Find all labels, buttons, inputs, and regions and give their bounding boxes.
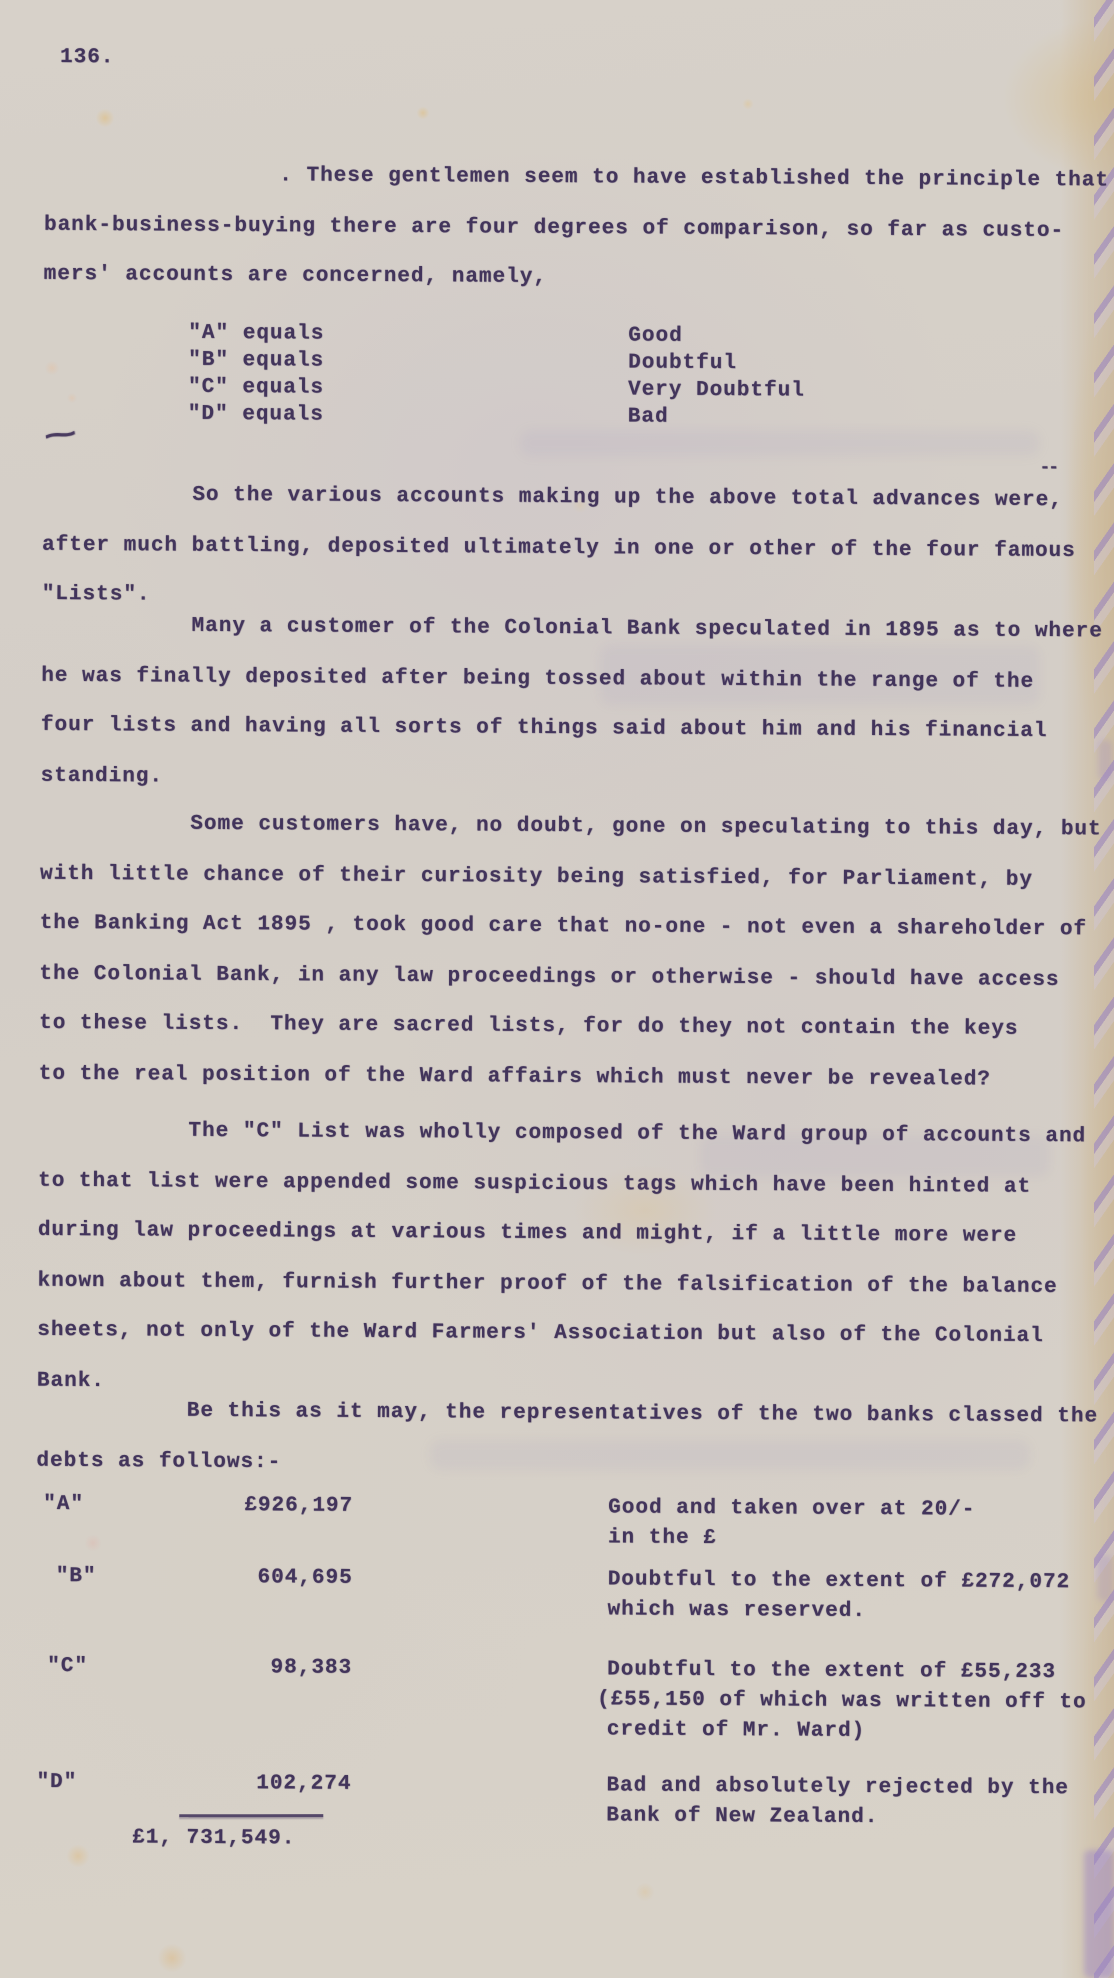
typed-line: Some customers have, no doubt, gone on s…: [40, 799, 1100, 855]
typed-line: Many a customer of the Colonial Bank spe…: [41, 601, 1101, 657]
debt-row-b: "B" 604,695 Doubtful to the extent of £2…: [36, 1562, 1096, 1568]
debt-note-line: Doubtful to the extent of £55,233: [607, 1655, 1087, 1688]
grade-value: Bad: [628, 403, 669, 430]
grade-value: Doubtful: [628, 349, 737, 377]
paragraph-1: . These gentlemen seem to have establish…: [44, 150, 1105, 306]
debt-notes: Bad and absolutely rejected by the Bank …: [606, 1771, 1069, 1834]
typed-line: four lists and having all sorts of thing…: [41, 701, 1101, 757]
paragraph-4: Some customers have, no doubt, gone on s…: [39, 799, 1101, 1105]
debt-note-line: Bad and absolutely rejected by the: [606, 1771, 1069, 1804]
debt-note-line: credit of Mr. Ward): [607, 1715, 1087, 1748]
typed-line: debts as follows:-: [36, 1437, 1096, 1493]
typed-line: the Colonial Bank, in any law proceeding…: [39, 950, 1099, 1006]
debt-note-line: Good and taken over at 20/-: [608, 1493, 975, 1525]
total-amount: £1, 731,549.: [132, 1818, 295, 1859]
grade-row: "B" equals Doubtful: [188, 347, 805, 378]
typed-line: So the various accounts making up the ab…: [42, 470, 1102, 526]
typed-line: known about them, furnish further proof …: [37, 1257, 1097, 1313]
grade-label: "B" equals: [188, 347, 628, 377]
debt-notes: Good and taken over at 20/- in the £: [608, 1493, 976, 1555]
typed-line: to the real position of the Ward affairs…: [39, 1050, 1099, 1106]
typed-line: during law proceedings at various times …: [38, 1206, 1098, 1262]
debt-note-line: Doubtful to the extent of £272,072: [608, 1565, 1071, 1598]
typed-line: The "C" List was wholly composed of the …: [38, 1106, 1098, 1162]
debt-label: "C": [47, 1652, 88, 1682]
grade-value: Good: [628, 322, 683, 349]
debt-note-line: Bank of New Zealand.: [606, 1801, 1069, 1834]
typed-line: sheets, not only of the Ward Farmers' As…: [37, 1306, 1097, 1362]
debt-label: "B": [56, 1562, 97, 1592]
debt-row-d: "D" 102,274 Bad and absolutely rejected …: [35, 1768, 1095, 1774]
grade-row: "C" equals Very Doubtful: [188, 374, 805, 405]
grade-label: "D" equals: [188, 401, 628, 431]
typed-line: mers' accounts are concerned, namely,: [44, 250, 1104, 306]
debt-label: "A": [43, 1490, 84, 1520]
grade-definitions-list: "A" equals Good "B" equals Doubtful "C" …: [188, 320, 805, 432]
debt-note-line: in the £: [608, 1523, 975, 1555]
debt-notes: Doubtful to the extent of £272,072 which…: [607, 1565, 1070, 1628]
typed-line: the Banking Act 1895 , took good care th…: [40, 899, 1100, 955]
debt-note-line: which was reserved.: [607, 1595, 1070, 1628]
grade-row: "A" equals Good: [188, 320, 805, 351]
typed-text-layer: 136. . These gentlemen seem to have esta…: [0, 0, 1114, 1978]
debt-note-line: (£55,150 of which was written off to: [597, 1685, 1087, 1718]
debt-amount: 98,383: [140, 1653, 352, 1684]
debt-row-c: "C" 98,383 Doubtful to the extent of £55…: [35, 1652, 1095, 1658]
page-number: 136.: [60, 38, 115, 78]
scanned-document-page: { "document": { "page_number": "136.", "…: [0, 0, 1114, 1978]
typed-line: with little chance of their curiosity be…: [40, 850, 1100, 906]
total-underline: [179, 1814, 323, 1817]
grade-row: "D" equals Bad: [188, 401, 805, 432]
grade-label: "C" equals: [188, 374, 628, 404]
debt-label: "D": [36, 1768, 77, 1798]
typed-line: he was finally deposited after being tos…: [41, 652, 1101, 708]
grade-label: "A" equals: [188, 320, 628, 350]
typed-line: to these lists. They are sacred lists, f…: [39, 999, 1099, 1055]
paragraph-6-table-intro: Be this as it may, the representatives o…: [36, 1386, 1097, 1492]
paragraph-5: The "C" List was wholly composed of the …: [37, 1106, 1099, 1412]
grade-value: Very Doubtful: [628, 376, 805, 404]
debt-notes: Doubtful to the extent of £55,233 (£55,1…: [607, 1655, 1087, 1748]
typed-line: bank-business-buying there are four degr…: [44, 201, 1104, 257]
typed-line: after much battling, deposited ultimatel…: [42, 521, 1102, 577]
debt-amount: 102,274: [139, 1769, 351, 1800]
debt-amount: £926,197: [141, 1491, 353, 1522]
handwritten-squiggle: ~: [41, 415, 82, 459]
debt-amount: 604,695: [141, 1563, 353, 1594]
typed-line: . These gentlemen seem to have establish…: [44, 150, 1104, 206]
typed-line: Be this as it may, the representatives o…: [37, 1386, 1097, 1442]
paragraph-3: Many a customer of the Colonial Bank spe…: [40, 601, 1101, 807]
typed-line: to that list were appended some suspicio…: [38, 1157, 1098, 1213]
